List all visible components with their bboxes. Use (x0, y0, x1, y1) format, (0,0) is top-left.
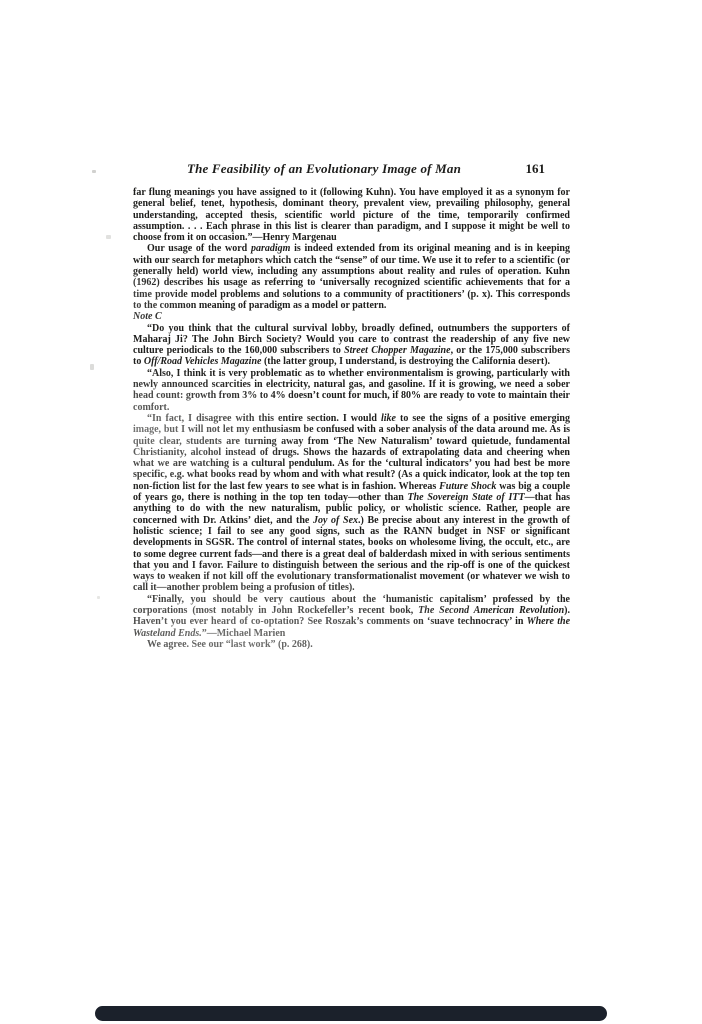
book-page: The Feasibility of an Evolutionary Image… (0, 0, 702, 1024)
paragraph: Our usage of the word paradigm is indeed… (133, 243, 570, 311)
paragraph: “Do you think that the cultural survival… (133, 323, 570, 368)
scan-speck (97, 596, 100, 599)
paragraph: “In fact, I disagree with this entire se… (133, 413, 570, 594)
note-heading: Note C (133, 311, 570, 322)
running-header: The Feasibility of an Evolutionary Image… (133, 161, 570, 177)
paragraph: We agree. See our “last work” (p. 268). (133, 639, 570, 650)
paragraph: far flung meanings you have assigned to … (133, 187, 570, 243)
home-indicator-bar[interactable] (95, 1006, 607, 1021)
body-paragraphs: far flung meanings you have assigned to … (133, 187, 570, 650)
page-title: The Feasibility of an Evolutionary Image… (133, 161, 515, 177)
paragraph: “Finally, you should be very cautious ab… (133, 594, 570, 639)
scan-speck (92, 170, 96, 173)
scan-speck (106, 235, 111, 239)
scan-speck (90, 364, 94, 370)
paragraph: “Also, I think it is very problematic as… (133, 368, 570, 413)
page-number: 161 (526, 161, 546, 177)
